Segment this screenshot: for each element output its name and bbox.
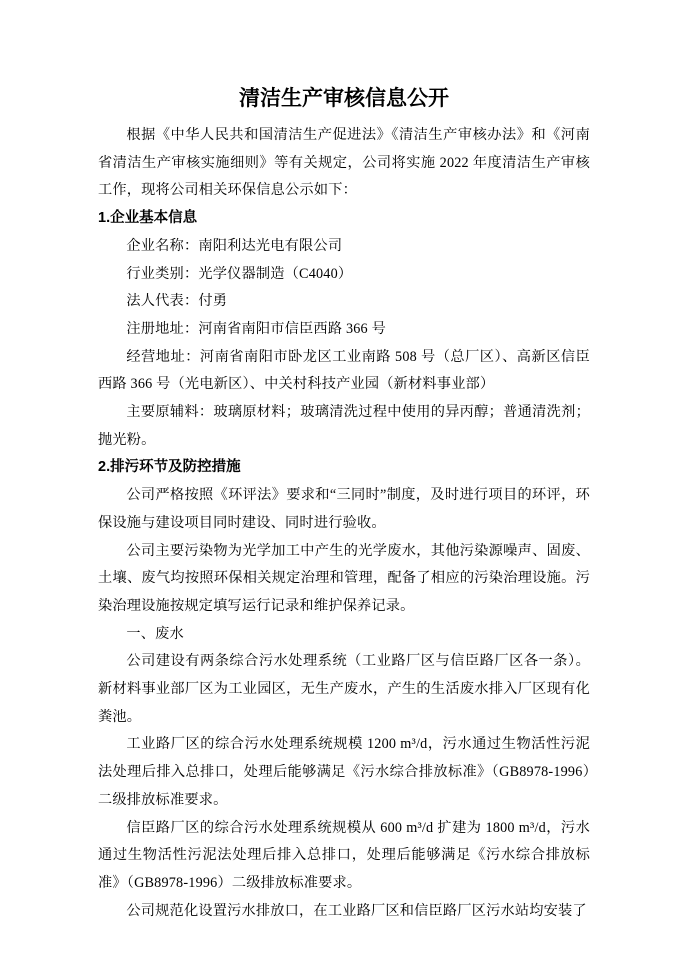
registered-address-line: 注册地址：河南省南阳市信臣西路 366 号: [98, 316, 590, 344]
business-address-paragraph: 经营地址：河南省南阳市卧龙区工业南路 508 号（总厂区）、高新区信臣西路 36…: [98, 344, 590, 399]
eia-compliance-paragraph: 公司严格按照《环评法》要求和“三同时”制度，及时进行项目的环评，环保设施与建设项…: [98, 482, 590, 537]
intro-paragraph: 根据《中华人民共和国清洁生产促进法》《清洁生产审核办法》和《河南省清洁生产审核实…: [98, 122, 590, 205]
discharge-outlet-paragraph: 公司规范化设置污水排放口，在工业路厂区和信臣路厂区污水站均安装了: [98, 898, 590, 926]
wastewater-systems-paragraph: 公司建设有两条综合污水处理系统（工业路厂区与信臣路厂区各一条）。新材料事业部厂区…: [98, 648, 590, 731]
wastewater-subheading: 一、废水: [98, 621, 590, 649]
document-page: 清洁生产审核信息公开 根据《中华人民共和国清洁生产促进法》《清洁生产审核办法》和…: [0, 0, 686, 970]
main-pollutants-paragraph: 公司主要污染物为光学加工中产生的光学废水，其他污染源噪声、固废、土壤、废气均按照…: [98, 538, 590, 621]
industrial-road-plant-paragraph: 工业路厂区的综合污水处理系统规模 1200 m³/d，污水通过生物活性污泥法处理…: [98, 731, 590, 814]
section-heading-pollution-control: 2.排污环节及防控措施: [98, 454, 590, 482]
legal-representative-line: 法人代表：付勇: [98, 288, 590, 316]
section-heading-company-info: 1.企业基本信息: [98, 205, 590, 233]
xinchen-road-plant-paragraph: 信臣路厂区的综合污水处理系统规模从 600 m³/d 扩建为 1800 m³/d…: [98, 815, 590, 898]
company-name-line: 企业名称：南阳利达光电有限公司: [98, 233, 590, 261]
page-title: 清洁生产审核信息公开: [98, 84, 590, 112]
industry-category-line: 行业类别：光学仪器制造（C4040）: [98, 261, 590, 289]
raw-materials-paragraph: 主要原辅料：玻璃原材料；玻璃清洗过程中使用的异丙醇；普通清洗剂；抛光粉。: [98, 399, 590, 454]
